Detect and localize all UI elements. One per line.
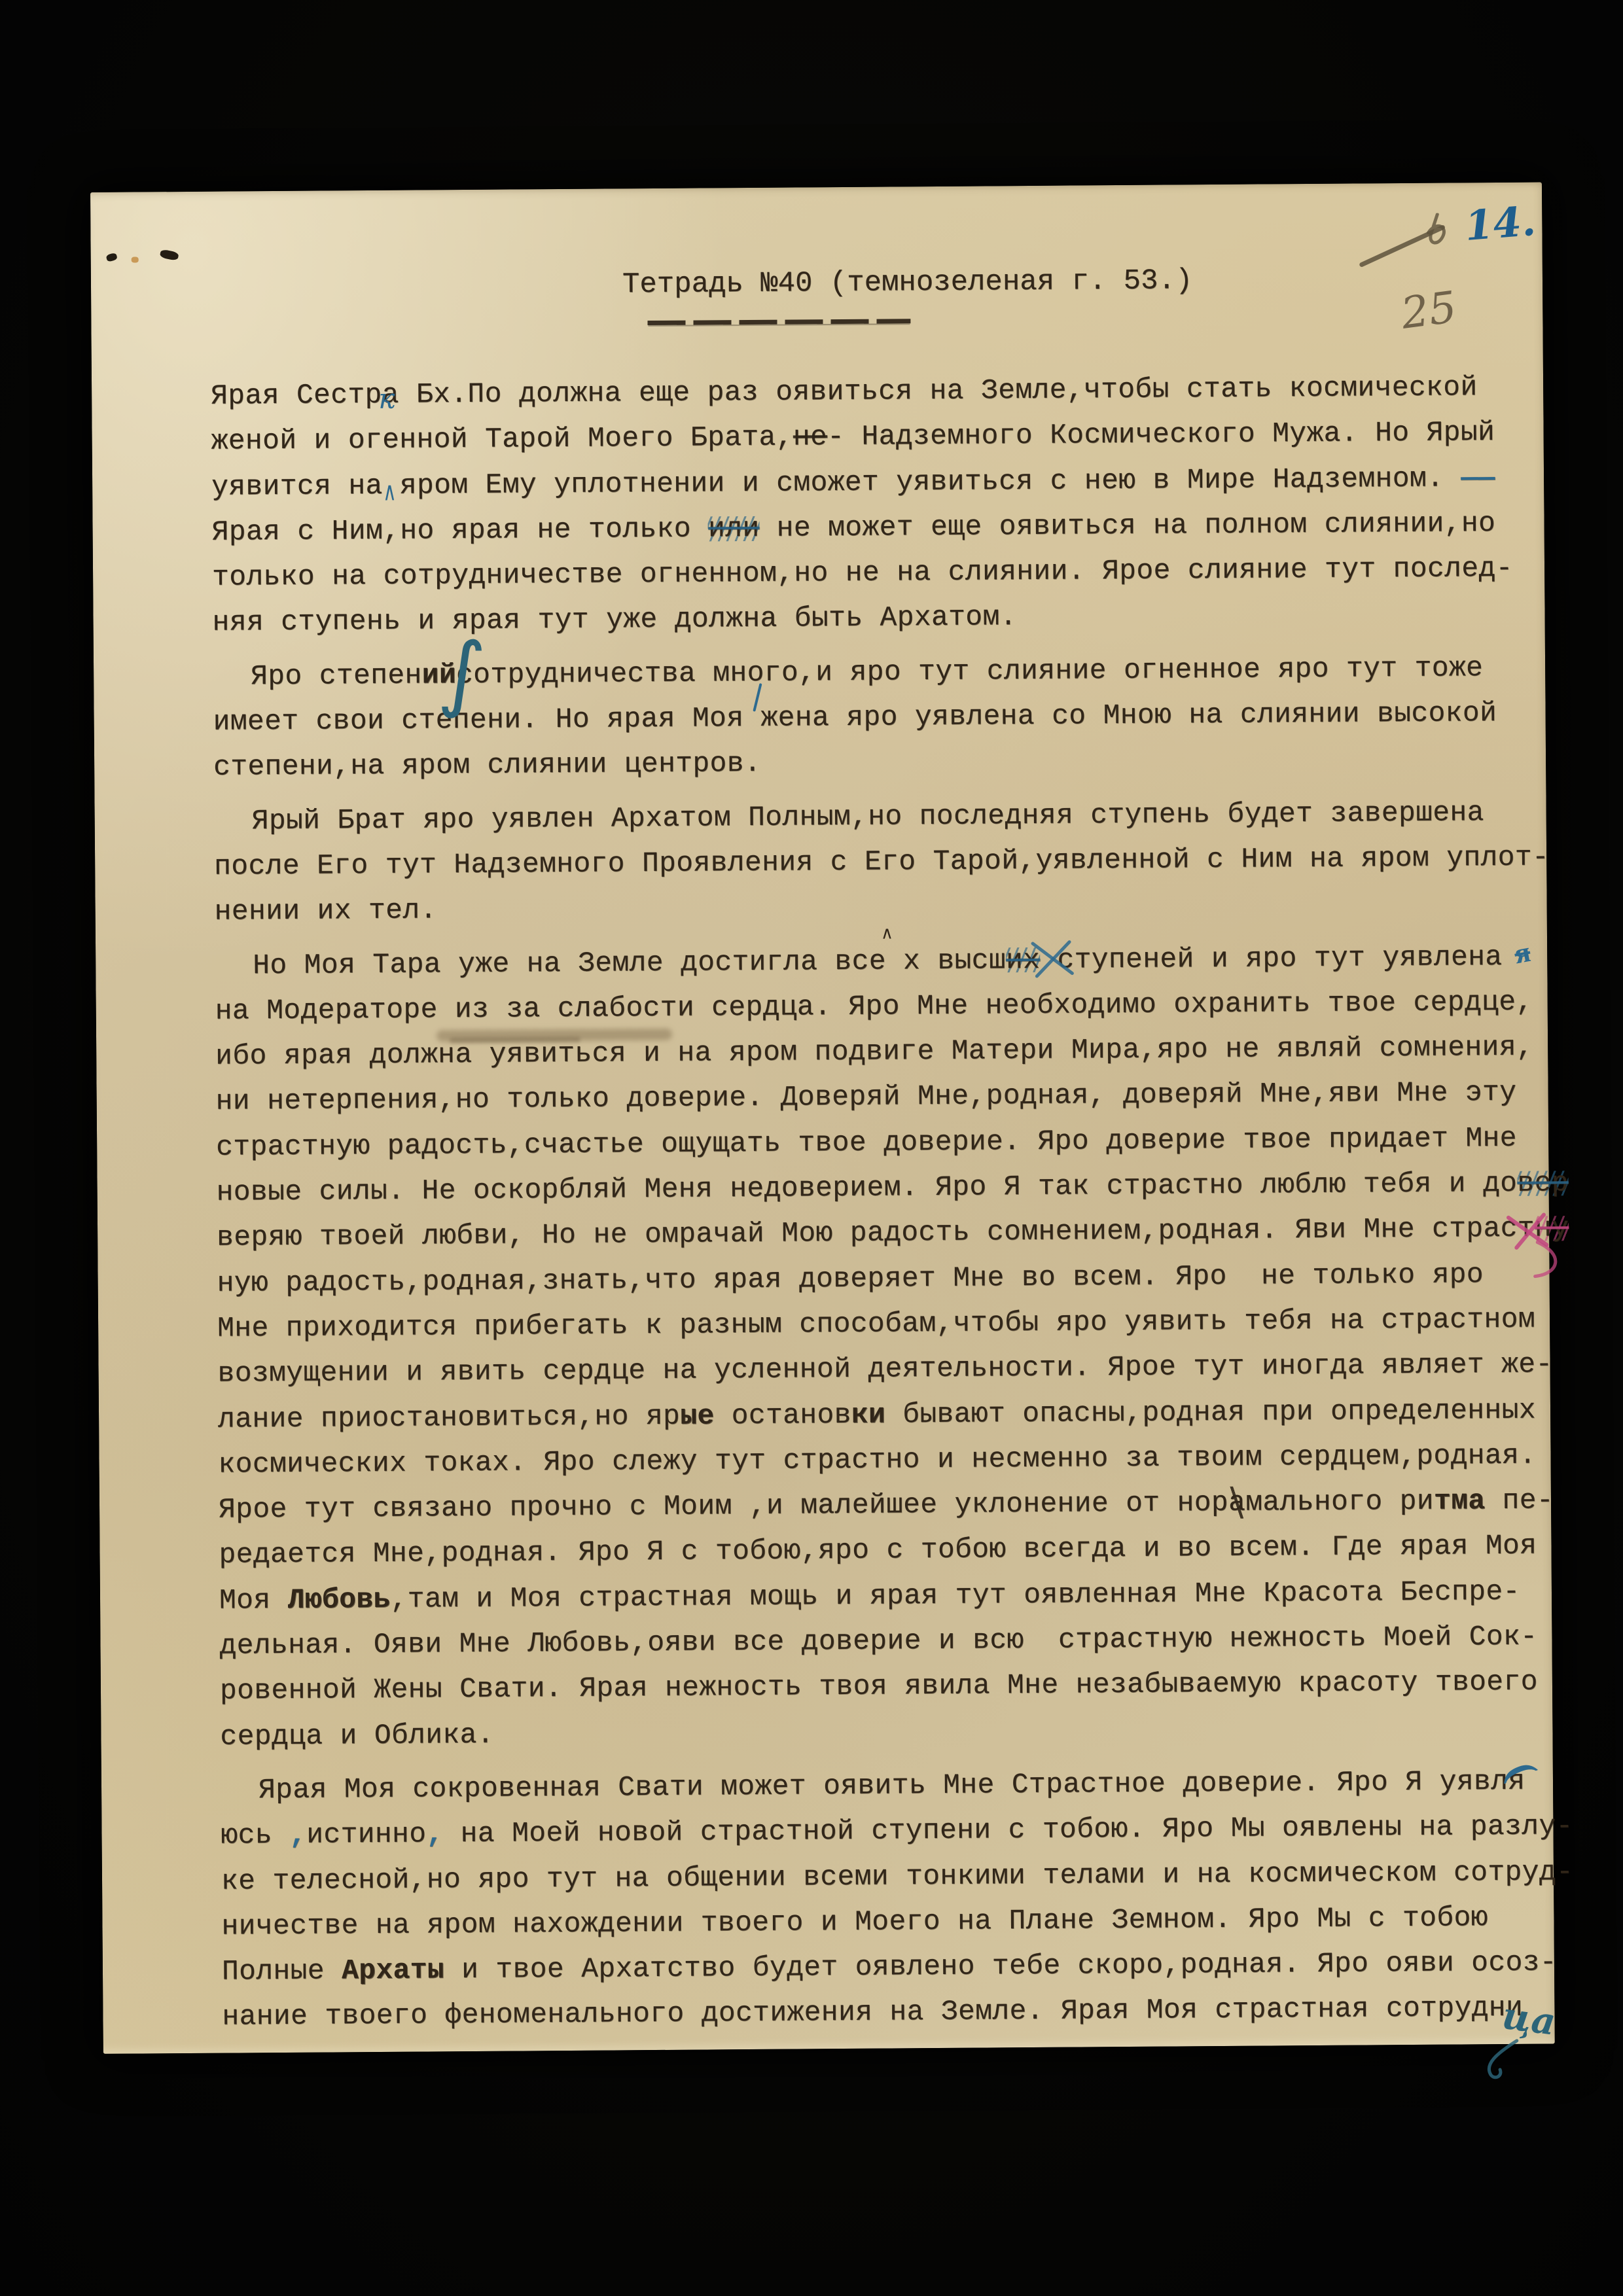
insertion-caret-icon: ∧ [383, 476, 397, 508]
paragraph: Но Моя Тара уже на Земле достигла все х … [215, 934, 1552, 1759]
paragraph: Ярый Брат яро уявлен Архатом Полным,но п… [213, 789, 1546, 934]
staple-mark [160, 249, 179, 260]
typewritten-text: Ярая Сестра Бх.По должна еще раз оявитьс… [211, 364, 1554, 2040]
ink-tail-flourish-icon [1480, 2038, 1528, 2086]
inserted-letter-k: к [378, 383, 395, 415]
typed-line: имеет свои степени. Но ярая Моя жена яро… [213, 690, 1544, 745]
erasure-smudge [450, 1037, 580, 1043]
ink-x-mark-icon [1027, 938, 1077, 980]
paragraph: Ярая Сестра Бх.По должна еще раз оявитьс… [211, 364, 1544, 646]
typed-line: сердца и Облика. [220, 1704, 1552, 1759]
scan-background: 14. 25 Тетрадь №40 (темнозеленая г. 53.)… [0, 0, 1623, 2296]
typed-line: нание твоего феноменального достижения н… [222, 1985, 1554, 2040]
rust-dot [132, 256, 139, 262]
handwritten-word-ending: ца [1500, 1994, 1558, 2044]
typed-line: степени,на яром слиянии центров. [213, 735, 1545, 790]
paragraph: Яро степенийсотрудничества много,и яро т… [213, 645, 1545, 790]
paragraph: Ярая Моя сокровенная Свати может оявить … [221, 1758, 1554, 2040]
staple-mark [106, 253, 118, 262]
typed-line: после Его тут Надземного Проявления с Ег… [214, 834, 1546, 889]
typed-line: ровенной Жены Свати. Ярая нежность твоя … [220, 1659, 1552, 1714]
ink-page-number: 14. [1463, 197, 1537, 250]
pencil-scribble [1359, 213, 1464, 270]
pink-scribble-icon [1503, 1208, 1582, 1286]
typed-line: няя ступень и ярая тут уже должна быть А… [212, 591, 1544, 646]
typed-caret-icon: ∧ [881, 923, 893, 943]
pencil-page-number: 25 [1399, 282, 1459, 339]
notebook-title: Тетрадь №40 (темнозеленая г. 53.) [622, 264, 1193, 301]
document-page: 14. 25 Тетрадь №40 (темнозеленая г. 53.)… [90, 183, 1555, 2054]
title-underline [647, 319, 910, 325]
